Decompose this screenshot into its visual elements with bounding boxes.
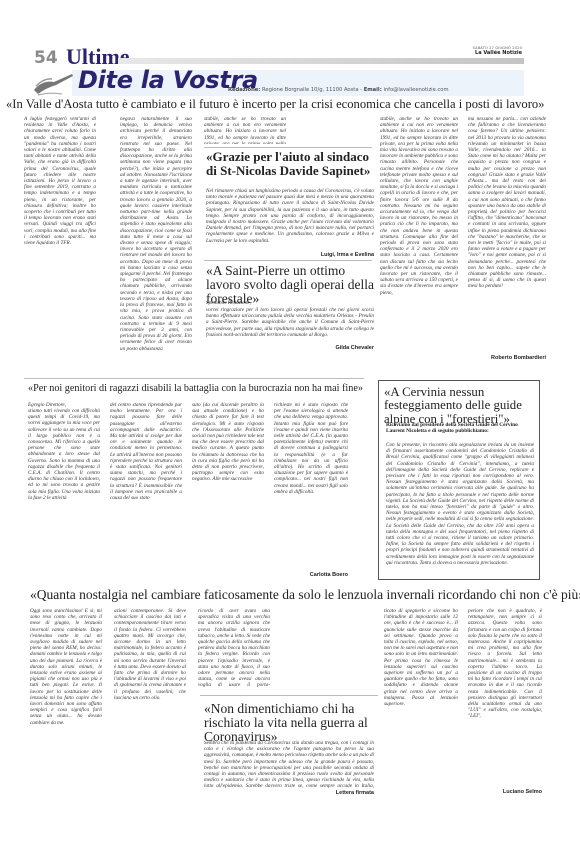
divider [200, 695, 378, 696]
signature: Luciano Selmo [468, 789, 542, 795]
divider [204, 260, 372, 261]
headline-coronavirus: «Non dimentichiamo chi ha rischiato la v… [204, 702, 376, 745]
divider [204, 147, 372, 148]
article-column: Oggi sono stanchissimo! E sì, mi sono re… [30, 608, 102, 798]
article-column: periore che non è quadrato, è rettangola… [468, 608, 542, 786]
email-link[interactable]: info@lavalleenotizie.com [383, 87, 448, 93]
signature: Luigi, Irma e Evelina [206, 252, 374, 258]
headline-sapinet: «Grazie per l'aiuto al sindaco di St-Nic… [206, 150, 374, 177]
dateline: SABATO 27 GIUGNO 2020 La Vallée Notizie [473, 46, 522, 56]
article-column-cont [292, 116, 372, 144]
article-body: vorrei ringraziare per il loro lavoro gl… [206, 307, 374, 343]
article-column: azioni contemporanee. Si deve schiacciar… [114, 608, 186, 798]
article-column: stabile, anche se ho trovato un ambiente… [380, 116, 458, 352]
article-body: Nel rimanere chiusi un lunghissimo perio… [206, 188, 374, 250]
signature: Lettera firmata [204, 790, 374, 796]
article-lead: Riceviamo dal presidente della Società G… [386, 422, 534, 435]
section-rule [118, 58, 524, 64]
page-number: 54 [34, 48, 58, 68]
article-column: negava naturalmente il suo impiego, la d… [120, 116, 192, 366]
newspaper-name: La Vallée Notizie [473, 50, 522, 56]
article-column: stiamo tutti vivendo con difficoltà ques… [28, 408, 100, 578]
headline-disabili: «Per noi genitori di ragazzi disabili la… [28, 384, 368, 395]
article-column: ricordo di aver avuto una sporadica visi… [198, 608, 270, 688]
article-column: A luglio festeggerò vent'anni di residen… [24, 116, 96, 366]
signature: Roberto Bombardieri [440, 355, 546, 361]
signature: Carlotta Boero [274, 572, 348, 578]
headline-crisi: «In Valle d'Aosta tutto è cambiato e il … [6, 98, 576, 111]
pen-hand-icon [32, 68, 76, 98]
article-body: Sembra che la pandemia da Coronavirus st… [204, 740, 374, 788]
signature: Gilda Chevaler [206, 345, 374, 351]
article-column: ticato di spegnerlo e siccome ho l'abitu… [384, 608, 458, 798]
article-column: del centro stanno riprendendo pur molto … [110, 402, 182, 578]
redazione-address: Regione Borgnalle 10/g, 11100 Aosta [262, 87, 359, 93]
redazione-info: Redazione: Regione Borgnalle 10/g, 11100… [228, 87, 449, 93]
salutation: Spettabile Redazione, [206, 300, 374, 306]
headline-nostalgia: «Quanta nostalgia nel cambiare faticosam… [30, 588, 550, 602]
article-body: Con la presente, in riscontro alla segna… [386, 442, 534, 576]
headline-cervinia: «A Cervinia nessun festeggiamento delle … [384, 386, 536, 426]
article-column: stabile, anche se ho trovato un ambiente… [204, 116, 286, 144]
article-column: ma nessuno ne parla... con aziende che f… [468, 116, 546, 352]
article-column: suto (da cui discende peraltro la sua at… [192, 402, 264, 578]
article-column: richieste mi è stato risposto che per l'… [274, 402, 348, 570]
divider [24, 378, 364, 379]
